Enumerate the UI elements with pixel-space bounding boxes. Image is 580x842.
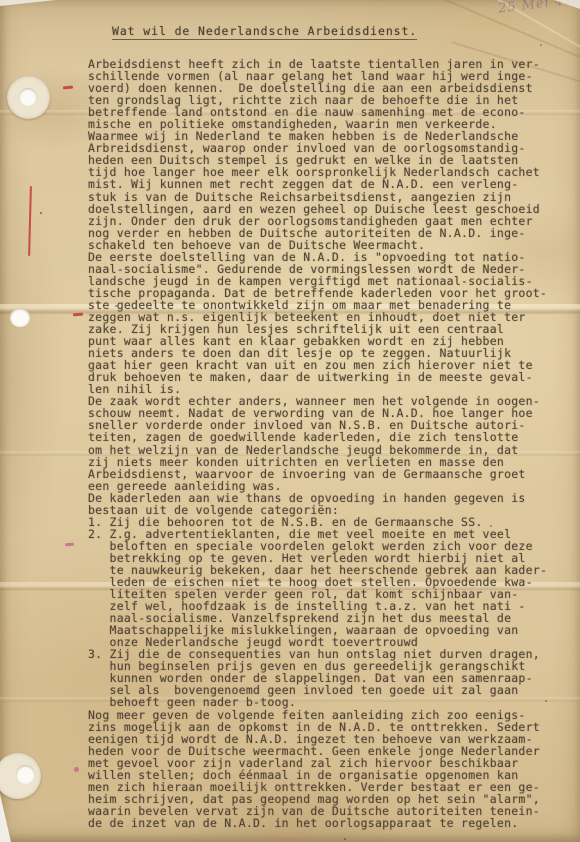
punch-hole [19,88,37,106]
paragraph: De zaak wordt echter anders, wanneer men… [88,395,550,491]
punch-hole [10,308,30,327]
paragraph: Arbeidsdienst heeft zich in de laatste t… [88,58,550,251]
punch-hole [16,765,35,784]
red-pencil-mark [28,186,32,256]
title-row: Wat wil de Nederlandsche Arbeidsdienst. [88,20,550,48]
red-pencil-mark [63,85,73,89]
document-title: Wat wil de Nederlandsche Arbeidsdienst. [112,24,417,40]
handwritten-date: 25 Mei 41 [497,0,574,17]
document-body: Wat wil de Nederlandsche Arbeidsdienst. … [88,20,550,829]
pink-pencil-mark [74,767,79,772]
paragraph: De eerste doelstelling van de N.A.D. is … [88,251,550,396]
document-page: 25 Mei 41 Wat wil de Nederlandsche Arbei… [0,0,580,842]
pink-pencil-mark [65,543,74,547]
page-corner-tear [0,794,11,842]
paragraph: Nog meer geven de volgende feiten aanlei… [88,709,550,829]
list-item: 3. Zij die de consequenties van hun onts… [88,648,550,708]
paragraph: De kaderleden aan wie thans de opvoeding… [88,492,550,516]
paper-specks [40,212,42,214]
page-corner-tear [0,0,56,6]
red-pencil-mark [73,313,83,317]
list-item: 2. Z.g. advertentieklanten, die met veel… [88,528,550,648]
